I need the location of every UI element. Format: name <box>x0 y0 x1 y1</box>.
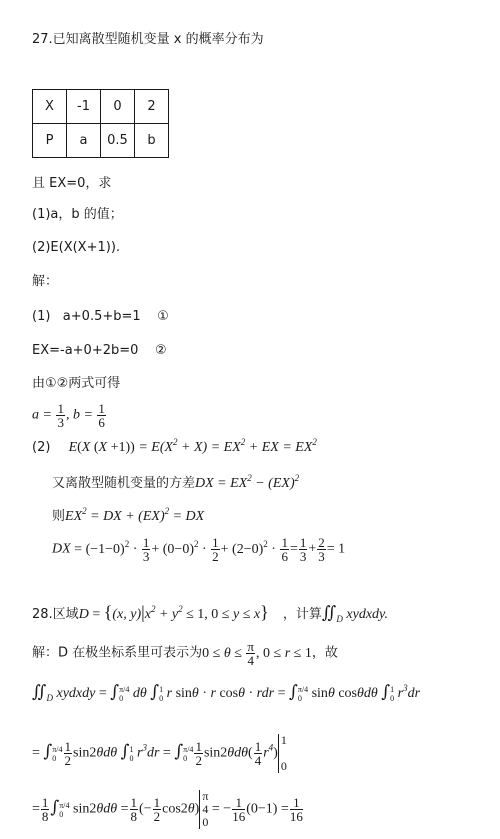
table-cell: X <box>33 90 67 124</box>
combine-text: 由①②两式可得 <box>32 376 120 392</box>
solution-suffix: ，故 <box>312 646 338 661</box>
problem-27-title: 27.已知离散型随机变量 x 的概率分布为 <box>32 32 264 48</box>
table-cell: 0 <box>101 90 135 124</box>
problem-28-prefix: 28.区域 <box>32 607 79 622</box>
table-row-p: P a 0.5 b <box>33 124 169 158</box>
probability-distribution-table: X -1 0 2 P a 0.5 b <box>32 89 169 158</box>
integral-line-1: ∬D xydxdy = ∫π/40 dθ ∫10 r sinθ · r cosθ… <box>32 684 420 703</box>
solution-prefix: 解：D 在极坐标系里可表示为 <box>32 646 202 661</box>
table-row-x: X -1 0 2 <box>33 90 169 124</box>
solution-label: 解： <box>32 274 58 290</box>
condition-text: 且 EX=0，求 <box>32 176 111 192</box>
then-text: 则 <box>52 509 65 524</box>
integral-line-3: =18∫π/40 sin2θdθ =18(−12cos2θ)π40 = −116… <box>32 790 304 829</box>
compute-text: ，计算 <box>283 607 322 622</box>
variance-line: 又离散型随机变量的方差DX = EX2 − (EX)2 <box>52 476 299 492</box>
table-cell: a <box>67 124 101 158</box>
table-cell: P <box>33 124 67 158</box>
table-cell: 2 <box>135 90 169 124</box>
table-cell: b <box>135 124 169 158</box>
question-1: (1)a，b 的值； <box>32 207 123 223</box>
then-line: 则EX2 = DX + (EX)2 = DX <box>52 509 204 525</box>
question-2: (2)E(X(X+1)). <box>32 240 120 256</box>
equation-2: EX=-a+0+2b=0 ② <box>32 343 167 359</box>
table-cell: 0.5 <box>101 124 135 158</box>
part-2-equation: (2) E(X (X +1)) = E(X2 + X) = EX2 + EX =… <box>32 440 317 456</box>
equation-1: (1) a+0.5+b=1 ① <box>32 309 169 325</box>
variance-text: 又离散型随机变量的方差 <box>52 476 195 491</box>
dx-equation: DX = (−1−0)2 · 13+ (0−0)2 · 12+ (2−0)2 ·… <box>52 536 345 563</box>
problem-28-title: 28.区域D = {(x, y)|x2 + y2 ≤ 1, 0 ≤ y ≤ x}… <box>32 604 388 623</box>
part-2-label: (2) <box>32 440 50 455</box>
polar-description: 解：D 在极坐标系里可表示为0 ≤ θ ≤ π4, 0 ≤ r ≤ 1，故 <box>32 640 338 667</box>
table-cell: -1 <box>67 90 101 124</box>
integral-line-2: = ∫π/4012sin2θdθ ∫10 r3dr = ∫π/4012sin2θ… <box>32 734 287 773</box>
result-a-b: a = 13, b = 16 <box>32 402 107 429</box>
